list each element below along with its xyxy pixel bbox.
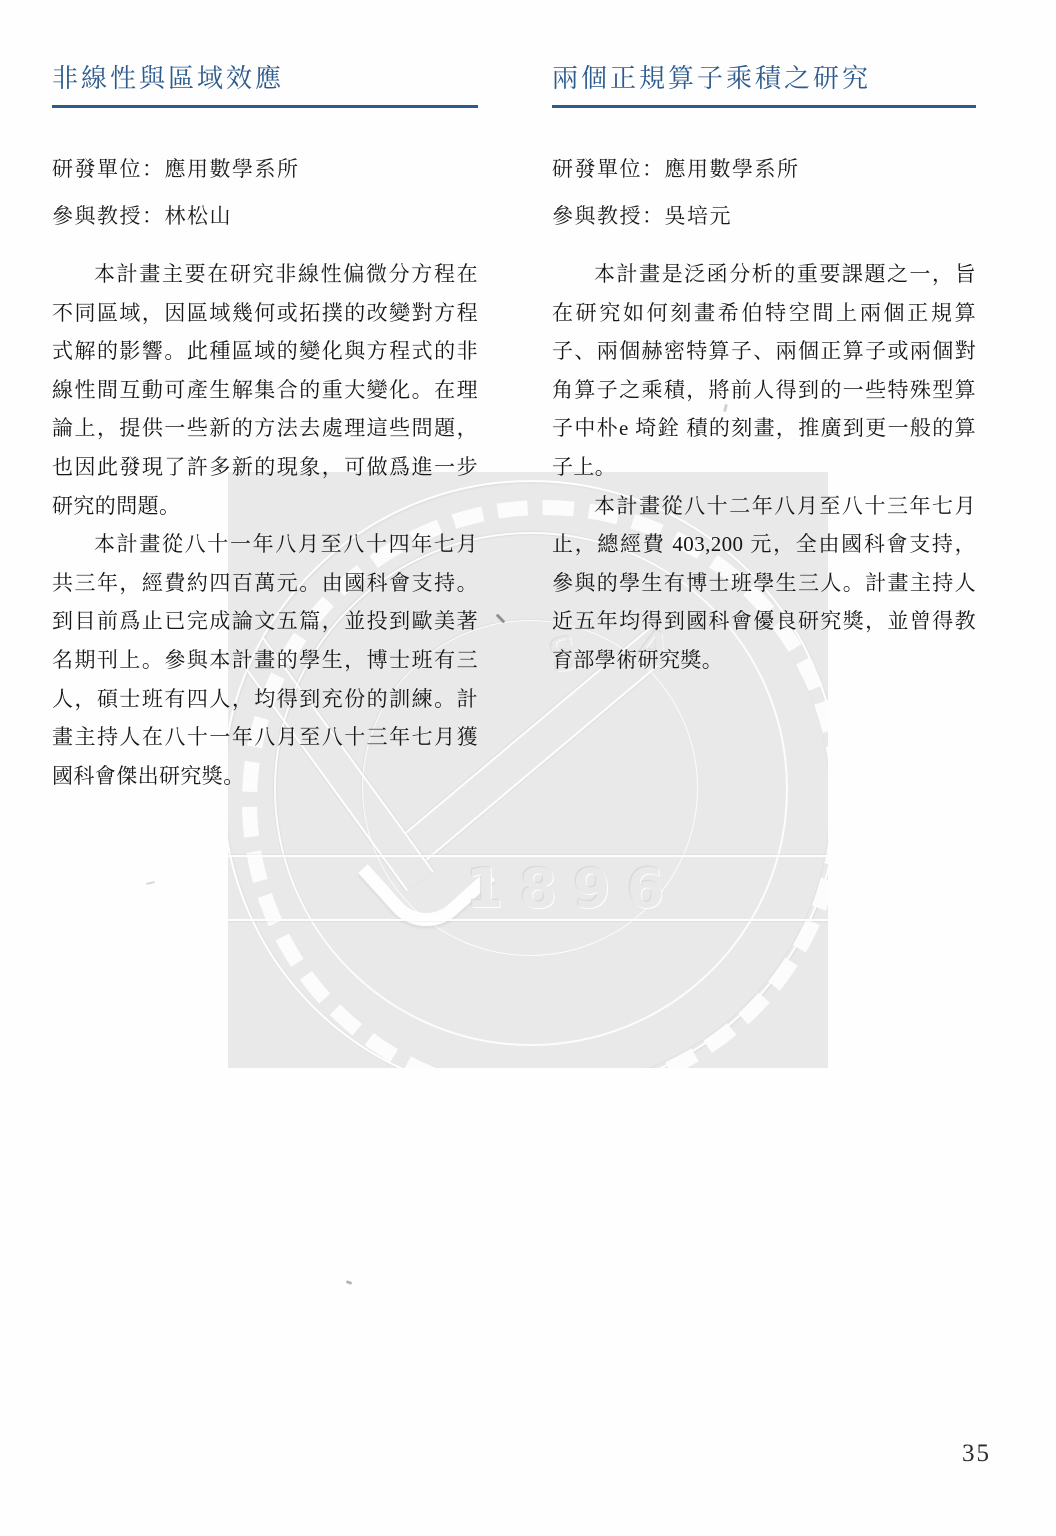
- article-right-paragraph-2: 本計畫從八十二年八月至八十三年七月止，總經費 403,200 元，全由國科會支持…: [552, 487, 976, 680]
- article-left-paragraph-1: 本計畫主要在研究非線性偏微分方程在不同區域，因區域幾何或拓撲的改變對方程式解的影…: [52, 255, 478, 525]
- article-right-title: 兩個正規算子乘積之研究: [552, 58, 976, 108]
- article-left-paragraph-2: 本計畫從八十一年八月至八十四年七月共三年，經費約四百萬元。由國科會支持。到目前爲…: [52, 525, 478, 795]
- article-left-professor-line: 參與教授：林松山: [52, 200, 478, 233]
- article-right-paragraph-1: 本計畫是泛函分析的重要課題之一，旨在研究如何刻畫希伯特空間上兩個正規算子、兩個赫…: [552, 255, 976, 487]
- page-number: 35: [962, 1440, 991, 1468]
- article-right-unit-line: 研發單位：應用數學系所: [552, 153, 976, 186]
- article-right-professor-line: 參與教授：吳培元: [552, 200, 976, 233]
- article-right: 兩個正規算子乘積之研究 研發單位：應用數學系所 參與教授：吳培元 本計畫是泛函分…: [552, 58, 976, 680]
- article-left-body: 本計畫主要在研究非線性偏微分方程在不同區域，因區域幾何或拓撲的改變對方程式解的影…: [52, 255, 478, 795]
- seal-year-1896: 1896: [466, 857, 680, 920]
- scan-speck: [346, 1280, 353, 1285]
- article-left-unit-line: 研發單位：應用數學系所: [52, 153, 478, 186]
- article-left-title: 非線性與區域效應: [52, 58, 478, 108]
- article-right-body: 本計畫是泛函分析的重要課題之一，旨在研究如何刻畫希伯特空間上兩個正規算子、兩個赫…: [552, 255, 976, 680]
- seal-ribbon-banner: 1896: [228, 855, 828, 921]
- article-left: 非線性與區域效應 研發單位：應用數學系所 參與教授：林松山 本計畫主要在研究非線…: [52, 58, 478, 795]
- scan-speck: [146, 881, 155, 885]
